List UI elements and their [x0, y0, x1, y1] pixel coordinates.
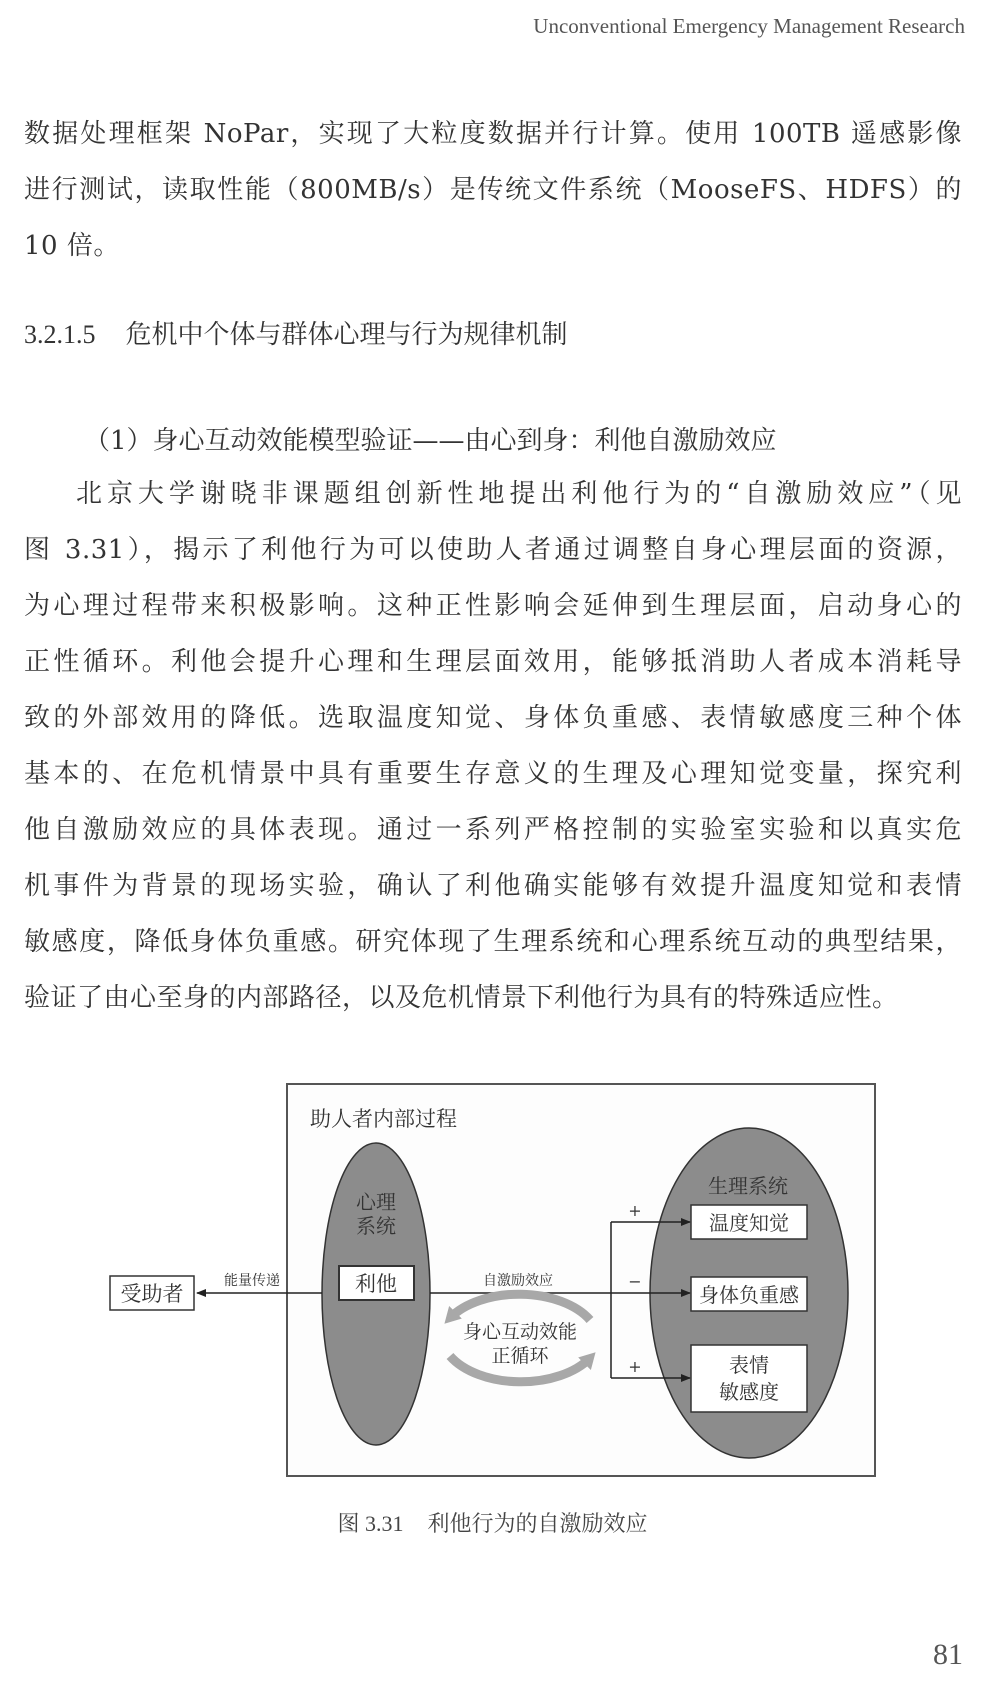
temperature-label: 温度知觉: [709, 1211, 789, 1235]
text-line: 10 倍。: [24, 218, 962, 274]
figure-title: 利他行为的自激励效应: [428, 1512, 648, 1537]
self-motivation-label: 自激励效应: [483, 1273, 553, 1289]
psych-system-label-1: 心理: [356, 1190, 396, 1214]
physio-system-ellipse: [650, 1128, 848, 1458]
text-line: 数据处理框架 NoPar，实现了大粒度数据并行计算。使用 100TB 遥感影像: [24, 106, 962, 162]
text-line: 北京大学谢晓非课题组创新性地提出利他行为的“自激励效应”（见: [24, 466, 962, 522]
text-line: 他自激励效应的具体表现。通过一系列严格控制的实验室实验和以真实危: [24, 802, 962, 858]
sign-expression: +: [628, 1357, 641, 1376]
section-number: 3.2.1.5: [24, 320, 96, 349]
weight-label: 身体负重感: [699, 1283, 799, 1307]
text-line: 为心理过程带来积极影响。这种正性影响会延伸到生理层面，启动身心的: [24, 578, 962, 634]
altruism-box: [339, 1266, 414, 1300]
running-head: Unconventional Emergency Management Rese…: [533, 14, 965, 39]
weight-box: [691, 1277, 807, 1311]
physio-system-label: 生理系统: [708, 1174, 788, 1198]
recipient-label: 受助者: [121, 1282, 184, 1306]
text-line: 验证了由心至身的内部路径，以及危机情景下利他行为具有的特殊适应性。: [24, 970, 962, 1026]
psych-system-ellipse: [322, 1143, 430, 1445]
text-line: 正性循环。利他会提升心理和生理层面效用，能够抵消助人者成本消耗导: [24, 634, 962, 690]
text-line: 致的外部效用的降低。选取温度知觉、身体负重感、表情敏感度三种个体: [24, 690, 962, 746]
text-line: 图 3.31），揭示了利他行为可以使助人者通过调整自身心理层面的资源，: [24, 522, 962, 578]
sign-weight: −: [628, 1272, 641, 1291]
expression-box: [691, 1345, 807, 1412]
expression-label-2: 敏感度: [719, 1380, 779, 1404]
text-line: 进行测试，读取性能（800MB/s）是传统文件系统（MooseFS、HDFS）的: [24, 162, 962, 218]
paragraph-nopar: 数据处理框架 NoPar，实现了大粒度数据并行计算。使用 100TB 遥感影像 …: [24, 106, 962, 274]
page-number: 81: [933, 1638, 963, 1672]
paragraph-altruism: 北京大学谢晓非课题组创新性地提出利他行为的“自激励效应”（见 图 3.31），揭…: [24, 466, 962, 1026]
psych-system-label-2: 系统: [356, 1214, 396, 1238]
loop-label-2: 正循环: [491, 1345, 549, 1367]
figure-number: 图 3.31: [337, 1511, 403, 1536]
loop-label-1: 身心互动效能: [463, 1321, 577, 1343]
loop-arrow-top: [450, 1294, 590, 1320]
altruism-label: 利他: [355, 1272, 397, 1296]
sign-temperature: +: [628, 1201, 641, 1220]
text-line: 敏感度，降低身体负重感。研究体现了生理系统和心理系统互动的典型结果，: [24, 914, 962, 970]
temperature-box: [691, 1205, 807, 1239]
internal-process-frame: [287, 1084, 875, 1476]
section-title: 危机中个体与群体心理与行为规律机制: [126, 320, 568, 350]
recipient-box: [110, 1276, 194, 1310]
loop-arrow-bottom: [450, 1356, 590, 1382]
expression-label-1: 表情: [729, 1353, 769, 1377]
subsection-heading: （1）身心互动效能模型验证——由心到身：利他自激励效应: [84, 420, 777, 457]
figure-caption: 图 3.31利他行为的自激励效应: [0, 1507, 985, 1538]
text-line: 机事件为背景的现场实验，确认了利他确实能够有效提升温度知觉和表情: [24, 858, 962, 914]
text-line: 基本的、在危机情景中具有重要生存意义的生理及心理知觉变量，探究利: [24, 746, 962, 802]
section-heading: 3.2.1.5危机中个体与群体心理与行为规律机制: [24, 314, 568, 351]
frame-title: 助人者内部过程: [310, 1107, 457, 1131]
energy-transfer-label: 能量传递: [224, 1272, 280, 1289]
